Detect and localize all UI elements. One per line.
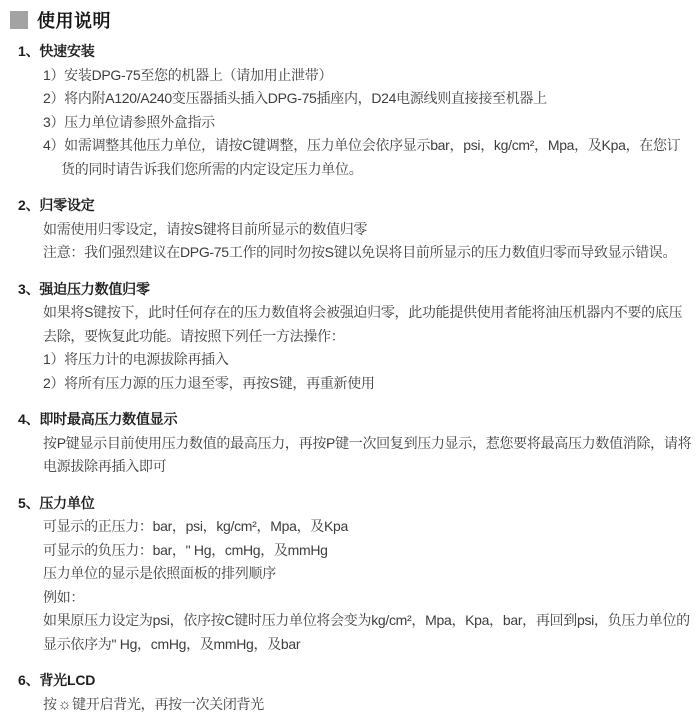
paragraph-line: 如果原压力设定为psi，依序按C键时压力单位将会变为kg/cm²，Mpa，Kpa… bbox=[10, 609, 694, 656]
numbered-step: 1）将压力计的电源拔除再插入 bbox=[10, 348, 694, 372]
section-heading: 6、背光LCD bbox=[10, 669, 694, 693]
paragraph-line: 如果将S键按下，此时任何存在的压力数值将会被强迫归零，此功能提供使用者能将油压机… bbox=[10, 301, 694, 348]
sections-container: 1、快速安装1）安装DPG-75至您的机器上（请加用止泄带）2）将内附A120/… bbox=[10, 40, 694, 716]
paragraph-line: 按☼键开启背光，再按一次关闭背光 bbox=[10, 693, 694, 717]
numbered-step: 2）将所有压力源的压力退至零，再按S键，再重新使用 bbox=[10, 372, 694, 396]
instruction-section: 2、归零设定如需使用归零设定，请按S键将目前所显示的数值归零注意：我们强烈建议在… bbox=[10, 194, 694, 265]
instruction-section: 1、快速安装1）安装DPG-75至您的机器上（请加用止泄带）2）将内附A120/… bbox=[10, 40, 694, 181]
numbered-step: 4）如需调整其他压力单位，请按C键调整，压力单位会依序显示bar，psi，kg/… bbox=[10, 134, 694, 181]
paragraph-line: 例如： bbox=[10, 586, 694, 610]
instruction-section: 3、强迫压力数值归零如果将S键按下，此时任何存在的压力数值将会被强迫归零，此功能… bbox=[10, 278, 694, 396]
instruction-section: 6、背光LCD按☼键开启背光，再按一次关闭背光 bbox=[10, 669, 694, 716]
header-bullet-square-icon bbox=[10, 11, 28, 29]
numbered-step: 3）压力单位请参照外盒指示 bbox=[10, 111, 694, 135]
section-heading: 1、快速安装 bbox=[10, 40, 694, 64]
section-heading: 2、归零设定 bbox=[10, 194, 694, 218]
paragraph-line: 注意：我们强烈建议在DPG-75工作的同时勿按S键以免误将目前所显示的压力数值归… bbox=[10, 241, 694, 265]
instruction-section: 4、即时最高压力数值显示按P键显示目前使用压力数值的最高压力，再按P键一次回复到… bbox=[10, 408, 694, 479]
instruction-document: 使用说明 1、快速安装1）安装DPG-75至您的机器上（请加用止泄带）2）将内附… bbox=[0, 0, 700, 722]
section-heading: 3、强迫压力数值归零 bbox=[10, 278, 694, 302]
line-text-prefix: 按 bbox=[43, 696, 57, 712]
section-heading: 4、即时最高压力数值显示 bbox=[10, 408, 694, 432]
backlight-icon: ☼ bbox=[58, 693, 71, 717]
numbered-step: 1）安装DPG-75至您的机器上（请加用止泄带） bbox=[10, 64, 694, 88]
paragraph-line: 如需使用归零设定，请按S键将目前所显示的数值归零 bbox=[10, 218, 694, 242]
paragraph-line: 压力单位的显示是依照面板的排列顺序 bbox=[10, 562, 694, 586]
instruction-section: 5、压力单位可显示的正压力：bar，psi，kg/cm²，Mpa，及Kpa可显示… bbox=[10, 492, 694, 657]
line-text: 键开启背光，再按一次关闭背光 bbox=[72, 696, 264, 712]
paragraph-line: 可显示的正压力：bar，psi，kg/cm²，Mpa，及Kpa bbox=[10, 515, 694, 539]
paragraph-line: 可显示的负压力：bar，" Hg，cmHg，及mmHg bbox=[10, 539, 694, 563]
document-header: 使用说明 bbox=[10, 9, 694, 31]
numbered-step: 2）将内附A120/A240变压器插头插入DPG-75插座内，D24电源线则直接… bbox=[10, 87, 694, 111]
page-title: 使用说明 bbox=[37, 7, 111, 33]
paragraph-line: 按P键显示目前使用压力数值的最高压力，再按P键一次回复到压力显示，惹您要将最高压… bbox=[10, 432, 694, 479]
section-heading: 5、压力单位 bbox=[10, 492, 694, 516]
